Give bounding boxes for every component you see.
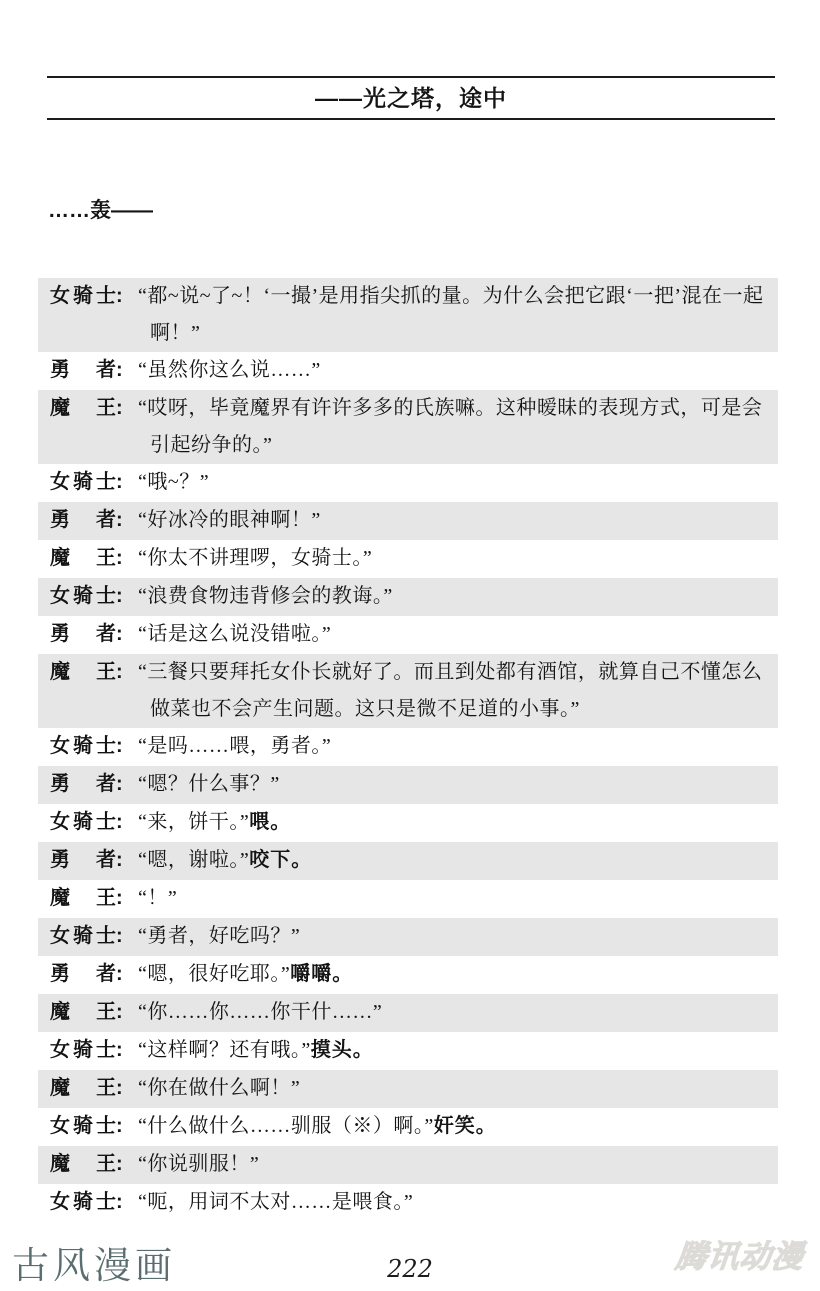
dialogue-line: “呃，用词不太对……是喂食。” — [138, 1184, 770, 1221]
speaker-name: 女骑士 — [50, 578, 116, 615]
tencent-comics-watermark: 腾讯动漫 — [674, 1231, 807, 1276]
dialogue-text: “哎呀，毕竟魔界有许许多多的氏族嘛。这种暧昧的表现方式，可是会引起纷争的。” — [138, 397, 762, 456]
speaker-name: 魔王 — [50, 654, 116, 691]
dialogue-text: “话是这么说没错啦。” — [138, 623, 331, 645]
speaker-colon: : — [116, 1191, 123, 1213]
dialogue-line: “你太不讲理啰，女骑士。” — [138, 540, 770, 577]
dialogue-line: “哦~？” — [138, 464, 770, 501]
speaker-colon: : — [116, 735, 123, 757]
speaker-colon: : — [116, 359, 123, 381]
dialogue-row: 勇者: “好冰冷的眼神啊！” — [38, 502, 778, 540]
speaker-colon: : — [116, 925, 123, 947]
dialogue-text: “勇者，好吃吗？” — [138, 925, 300, 947]
dialogue-line: “勇者，好吃吗？” — [138, 918, 770, 955]
speaker-label: 勇者: — [50, 956, 138, 993]
dialogue-row: 女骑士: “呃，用词不太对……是喂食。” — [38, 1184, 778, 1222]
sound-effect-text: ……轰—— — [48, 196, 820, 226]
dialogue-line: “你说驯服！” — [138, 1146, 770, 1183]
speaker-colon: : — [116, 849, 123, 871]
speaker-label: 女骑士: — [50, 1108, 138, 1145]
speaker-name: 魔王 — [50, 994, 116, 1031]
speaker-colon: : — [116, 1077, 123, 1099]
speaker-label: 魔王: — [50, 1070, 138, 1107]
action-text: 奸笑。 — [434, 1115, 497, 1137]
dialogue-row: 女骑士: “勇者，好吃吗？” — [38, 918, 778, 956]
speaker-colon: : — [116, 547, 123, 569]
speaker-name: 魔王 — [50, 1146, 116, 1183]
dialogue-text: “浪费食物违背修会的教诲。” — [138, 585, 393, 607]
dialogue-list: 女骑士: “都~说~了~！‘一撮’是用指尖抓的量。为什么会把它跟‘一把’混在一起… — [38, 278, 778, 1222]
speaker-colon: : — [116, 509, 123, 531]
speaker-name: 女骑士 — [50, 1032, 116, 1069]
speaker-colon: : — [116, 661, 123, 683]
speaker-name: 魔王 — [50, 540, 116, 577]
speaker-name: 女骑士 — [50, 804, 116, 841]
speaker-name: 魔王 — [50, 1070, 116, 1107]
speaker-colon: : — [116, 963, 123, 985]
dialogue-text: “都~说~了~！‘一撮’是用指尖抓的量。为什么会把它跟‘一把’混在一起啊！” — [138, 285, 763, 344]
dialogue-text: “你说驯服！” — [138, 1153, 259, 1175]
dialogue-row: 女骑士: “什么做什么……驯服（※）啊。”奸笑。 — [38, 1108, 778, 1146]
dialogue-row: 勇者: “嗯？什么事？” — [38, 766, 778, 804]
dialogue-text: “三餐只要拜托女仆长就好了。而且到处都有酒馆，就算自己不懂怎么做菜也不会产生问题… — [138, 661, 762, 720]
novel-page: { "page": { "title": "——光之塔，途中", "sfx": … — [0, 0, 820, 1291]
chapter-title: ——光之塔，途中 — [315, 85, 507, 111]
speaker-label: 女骑士: — [50, 728, 138, 765]
speaker-colon: : — [116, 887, 123, 909]
speaker-label: 勇者: — [50, 616, 138, 653]
speaker-label: 女骑士: — [50, 804, 138, 841]
speaker-name: 女骑士 — [50, 464, 116, 501]
dialogue-line: “什么做什么……驯服（※）啊。”奸笑。 — [138, 1108, 770, 1145]
dialogue-text: “虽然你这么说……” — [138, 359, 321, 381]
speaker-name: 女骑士 — [50, 918, 116, 955]
dialogue-row: 魔王: “哎呀，毕竟魔界有许许多多的氏族嘛。这种暧昧的表现方式，可是会引起纷争的… — [38, 390, 778, 464]
dialogue-text: “你在做什么啊！” — [138, 1077, 300, 1099]
speaker-label: 魔王: — [50, 654, 138, 691]
speaker-label: 魔王: — [50, 994, 138, 1031]
dialogue-line: “你……你……你干什……” — [138, 994, 770, 1031]
dialogue-line: “你在做什么啊！” — [138, 1070, 770, 1107]
speaker-name: 勇者 — [50, 842, 116, 879]
speaker-label: 女骑士: — [50, 918, 138, 955]
speaker-label: 勇者: — [50, 842, 138, 879]
dialogue-line: “都~说~了~！‘一撮’是用指尖抓的量。为什么会把它跟‘一把’混在一起啊！” — [138, 278, 770, 352]
speaker-colon: : — [116, 397, 123, 419]
speaker-label: 魔王: — [50, 880, 138, 917]
dialogue-text: “呃，用词不太对……是喂食。” — [138, 1191, 413, 1213]
speaker-label: 勇者: — [50, 352, 138, 389]
speaker-colon: : — [116, 773, 123, 795]
speaker-name: 勇者 — [50, 352, 116, 389]
dialogue-text: “是吗……喂，勇者。” — [138, 735, 331, 757]
dialogue-line: “浪费食物违背修会的教诲。” — [138, 578, 770, 615]
speaker-colon: : — [116, 623, 123, 645]
dialogue-row: 女骑士: “来，饼干。”喂。 — [38, 804, 778, 842]
dialogue-line: “三餐只要拜托女仆长就好了。而且到处都有酒馆，就算自己不懂怎么做菜也不会产生问题… — [138, 654, 770, 728]
dialogue-line: “虽然你这么说……” — [138, 352, 770, 389]
speaker-label: 魔王: — [50, 540, 138, 577]
dialogue-line: “嗯？什么事？” — [138, 766, 770, 803]
dialogue-text: “你太不讲理啰，女骑士。” — [138, 547, 372, 569]
speaker-name: 女骑士 — [50, 728, 116, 765]
speaker-label: 女骑士: — [50, 1184, 138, 1221]
speaker-colon: : — [116, 1153, 123, 1175]
dialogue-text: “好冰冷的眼神啊！” — [138, 509, 321, 531]
speaker-name: 勇者 — [50, 616, 116, 653]
dialogue-row: 女骑士: “是吗……喂，勇者。” — [38, 728, 778, 766]
dialogue-line: “好冰冷的眼神啊！” — [138, 502, 770, 539]
speaker-colon: : — [116, 471, 123, 493]
speaker-name: 勇者 — [50, 956, 116, 993]
speaker-name: 女骑士 — [50, 1108, 116, 1145]
dialogue-text: “嗯，很好吃耶。” — [138, 963, 290, 985]
dialogue-row: 女骑士: “这样啊？还有哦。”摸头。 — [38, 1032, 778, 1070]
speaker-name: 女骑士 — [50, 278, 116, 315]
speaker-name: 勇者 — [50, 766, 116, 803]
dialogue-line: “哎呀，毕竟魔界有许许多多的氏族嘛。这种暧昧的表现方式，可是会引起纷争的。” — [138, 390, 770, 464]
dialogue-row: 魔王: “三餐只要拜托女仆长就好了。而且到处都有酒馆，就算自己不懂怎么做菜也不会… — [38, 654, 778, 728]
dialogue-row: 勇者: “虽然你这么说……” — [38, 352, 778, 390]
dialogue-text: “你……你……你干什……” — [138, 1001, 382, 1023]
dialogue-text: “！” — [138, 887, 177, 909]
speaker-name: 魔王 — [50, 880, 116, 917]
dialogue-row: 魔王: “你太不讲理啰，女骑士。” — [38, 540, 778, 578]
dialogue-text: “嗯，谢啦。” — [138, 849, 249, 871]
dialogue-line: “嗯，谢啦。”咬下。 — [138, 842, 770, 879]
dialogue-row: 女骑士: “都~说~了~！‘一撮’是用指尖抓的量。为什么会把它跟‘一把’混在一起… — [38, 278, 778, 352]
dialogue-row: 勇者: “嗯，很好吃耶。”嚼嚼。 — [38, 956, 778, 994]
dialogue-text: “嗯？什么事？” — [138, 773, 280, 795]
speaker-name: 魔王 — [50, 390, 116, 427]
speaker-colon: : — [116, 285, 123, 307]
dialogue-text: “来，饼干。” — [138, 811, 249, 833]
dialogue-text: “什么做什么……驯服（※）啊。” — [138, 1115, 434, 1137]
action-text: 咬下。 — [249, 849, 312, 871]
speaker-label: 女骑士: — [50, 278, 138, 315]
speaker-label: 女骑士: — [50, 1032, 138, 1069]
dialogue-text: “这样啊？还有哦。” — [138, 1039, 311, 1061]
dialogue-row: 勇者: “嗯，谢啦。”咬下。 — [38, 842, 778, 880]
speaker-label: 勇者: — [50, 502, 138, 539]
speaker-colon: : — [116, 1039, 123, 1061]
chapter-title-block: ——光之塔，途中 — [47, 76, 775, 120]
dialogue-line: “嗯，很好吃耶。”嚼嚼。 — [138, 956, 770, 993]
dialogue-row: 魔王: “你……你……你干什……” — [38, 994, 778, 1032]
dialogue-line: “！” — [138, 880, 770, 917]
speaker-colon: : — [116, 1115, 123, 1137]
action-text: 喂。 — [249, 811, 291, 833]
dialogue-line: “这样啊？还有哦。”摸头。 — [138, 1032, 770, 1069]
speaker-label: 女骑士: — [50, 578, 138, 615]
speaker-label: 魔王: — [50, 1146, 138, 1183]
dialogue-row: 魔王: “你说驯服！” — [38, 1146, 778, 1184]
dialogue-line: “是吗……喂，勇者。” — [138, 728, 770, 765]
speaker-label: 魔王: — [50, 390, 138, 427]
dialogue-row: 女骑士: “哦~？” — [38, 464, 778, 502]
action-text: 摸头。 — [311, 1039, 374, 1061]
speaker-label: 勇者: — [50, 766, 138, 803]
dialogue-line: “话是这么说没错啦。” — [138, 616, 770, 653]
dialogue-text: “哦~？” — [138, 471, 209, 493]
speaker-colon: : — [116, 811, 123, 833]
speaker-colon: : — [116, 585, 123, 607]
dialogue-row: 女骑士: “浪费食物违背修会的教诲。” — [38, 578, 778, 616]
speaker-colon: : — [116, 1001, 123, 1023]
speaker-name: 女骑士 — [50, 1184, 116, 1221]
speaker-label: 女骑士: — [50, 464, 138, 501]
dialogue-row: 魔王: “你在做什么啊！” — [38, 1070, 778, 1108]
dialogue-row: 勇者: “话是这么说没错啦。” — [38, 616, 778, 654]
dialogue-line: “来，饼干。”喂。 — [138, 804, 770, 841]
dialogue-row: 魔王: “！” — [38, 880, 778, 918]
speaker-name: 勇者 — [50, 502, 116, 539]
action-text: 嚼嚼。 — [290, 963, 353, 985]
